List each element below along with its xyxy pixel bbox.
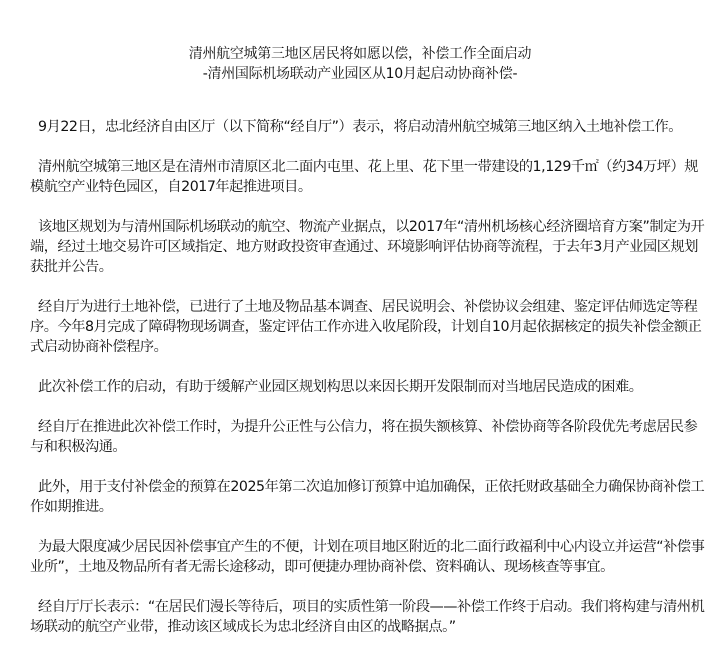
paragraph-9: 经自厅厅长表示：“在居民们漫长等待后，项目的实质性第一阶段——补偿工作终于启动。… [30,597,710,637]
paragraph-2: 清州航空城第三地区是在清州市清原区北二面内屯里、花上里、花下里一带建设的1,12… [30,157,710,197]
paragraph-7: 此外，用于支付补偿金的预算在2025年第二次追加修订预算中追加确保，正依托财政基… [30,477,710,517]
article-body: 9月22日，忠北经济自由区厅（以下简称“经自厅”）表示，将启动清州航空城第三地区… [30,117,710,657]
headline-title: 清州航空城第三地区居民将如愿以偿，补偿工作全面启动 [0,44,720,64]
document-page: 清州航空城第三地区居民将如愿以偿，补偿工作全面启动 -清州国际机场联动产业园区从… [0,0,720,670]
paragraph-6: 经自厅在推进此次补偿工作时，为提升公正性与公信力，将在损失额核算、补偿协商等各阶… [30,417,710,457]
headline-block: 清州航空城第三地区居民将如愿以偿，补偿工作全面启动 -清州国际机场联动产业园区从… [0,44,720,84]
headline-subtitle: -清州国际机场联动产业园区从10月起启动协商补偿- [0,64,720,84]
paragraph-5: 此次补偿工作的启动，有助于缓解产业园区规划构思以来因长期开发限制而对当地居民造成… [30,377,710,397]
paragraph-4: 经自厅为进行土地补偿，已进行了土地及物品基本调查、居民说明会、补偿协议会组建、鉴… [30,297,710,357]
paragraph-8: 为最大限度减少居民因补偿事宜产生的不便，计划在项目地区附近的北二面行政福利中心内… [30,537,710,577]
paragraph-1: 9月22日，忠北经济自由区厅（以下简称“经自厅”）表示，将启动清州航空城第三地区… [30,117,710,137]
paragraph-3: 该地区规划为与清州国际机场联动的航空、物流产业据点，以2017年“清州机场核心经… [30,217,710,277]
